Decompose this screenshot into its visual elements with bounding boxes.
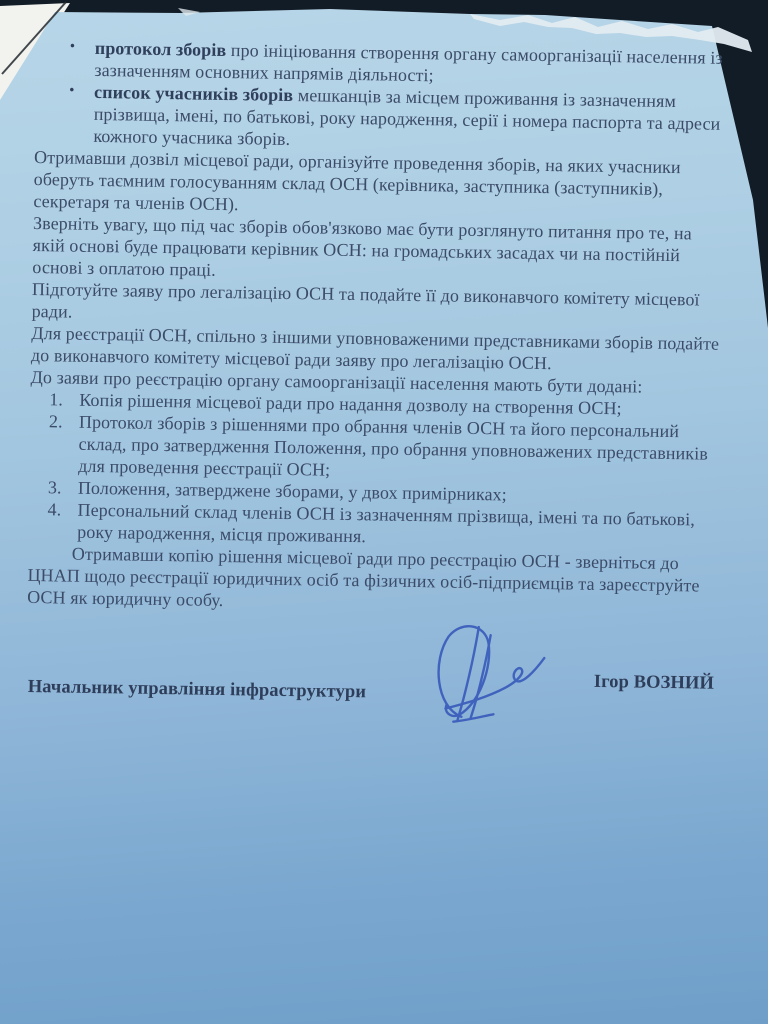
signature-ink xyxy=(425,618,553,732)
item-text: Протокол зборів з рішеннями про обрання … xyxy=(78,412,708,480)
item-number: 4. xyxy=(47,498,61,520)
document-body: •протокол зборів про ініціювання створен… xyxy=(25,36,728,755)
item-number: 3. xyxy=(48,476,62,498)
bullet-item: •список учасників зборів мешканців за мі… xyxy=(34,80,727,157)
signer-name: Ігор ВОЗНИЙ xyxy=(594,671,714,695)
paragraph: Отримавши дозвіл місцевої ради, організу… xyxy=(33,146,726,223)
bullet-lead: список учасників зборів xyxy=(94,82,293,105)
item-number: 2. xyxy=(49,410,63,432)
bullet-dot-icon: • xyxy=(69,80,75,102)
numbered-item: 2.Протокол зборів з рішеннями про обранн… xyxy=(29,410,722,487)
signer-position-title: Начальник управління інфраструктури xyxy=(28,676,367,703)
item-number: 1. xyxy=(49,388,63,410)
signature-block: Начальник управління інфраструктури Ігор… xyxy=(25,614,719,755)
paragraph: Зверніть увагу, що під час зборів обов'я… xyxy=(32,212,725,289)
closing-paragraph: Отримавши копію рішення місцевої ради пр… xyxy=(27,542,720,619)
item-text: Персональний склад членів ОСН із зазначе… xyxy=(77,500,695,547)
bullet-dot-icon: • xyxy=(70,36,76,58)
bullet-lead: протокол зборів xyxy=(95,38,227,60)
